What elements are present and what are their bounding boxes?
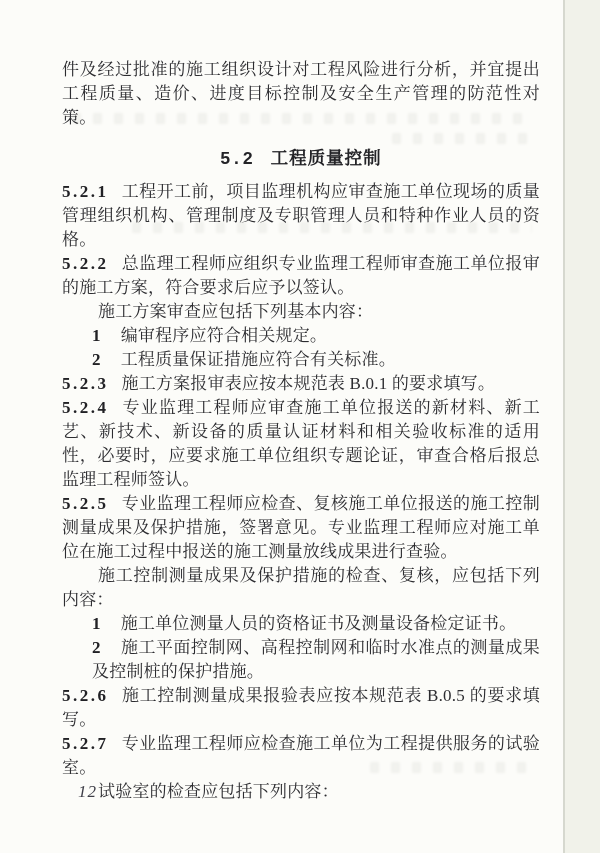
clause-number: 5.2.3 <box>62 374 109 393</box>
clause-number: 5.2.7 <box>62 734 109 753</box>
section-title: 工程质量控制 <box>271 148 382 168</box>
clause-number: 5.2.6 <box>62 686 109 705</box>
page-content: 件及经过批准的施工组织设计对工程风险进行分析，并宜提出工程质量、造价、进度目标控… <box>0 0 600 804</box>
clause-5-2-2: 5.2.2总监理工程师应组织专业监理工程师审查施工单位报审的施工方案，符合要求后… <box>62 252 540 300</box>
item-text: 工程质量保证措施应符合有关标准。 <box>121 350 396 369</box>
item-number: 1 <box>92 326 101 345</box>
section-number: 5.2 <box>220 148 256 168</box>
clause-5-2-5-note: 施工控制测量成果及保护措施的检查、复核，应包括下列内容： <box>62 564 540 612</box>
clause-text: 专业监理工程师应检查、复核施工单位报送的施工控制测量成果及保护措施，签署意见。专… <box>62 494 540 561</box>
clause-5-2-1: 5.2.1工程开工前，项目监理机构应审查施工单位现场的质量管理组织机构、管理制度… <box>62 180 540 252</box>
clause-5-2-5: 5.2.5专业监理工程师应检查、复核施工单位报送的施工控制测量成果及保护措施，签… <box>62 492 540 564</box>
clause-text: 施工方案报审表应按本规范表 B.0.1 的要求填写。 <box>122 374 496 393</box>
page-number: 12 <box>78 782 97 802</box>
clause-number: 5.2.4 <box>62 398 109 417</box>
item-number: 1 <box>92 614 101 633</box>
clause-text: 专业监理工程师应审查施工单位报送的新材料、新工艺、新技术、新设备的质量认证材料和… <box>62 398 540 489</box>
clause-number: 5.2.1 <box>62 182 109 201</box>
section-heading: 5.2工程质量控制 <box>62 146 540 170</box>
clause-number: 5.2.2 <box>62 254 109 273</box>
clause-text: 工程开工前，项目监理机构应审查施工单位现场的质量管理组织机构、管理制度及专职管理… <box>62 182 540 249</box>
clause-5-2-6: 5.2.6施工控制测量成果报验表应按本规范表 B.0.5 的要求填写。 <box>62 684 540 732</box>
item-text: 施工单位测量人员的资格证书及测量设备检定证书。 <box>121 614 517 633</box>
clause-5-2-7-note: 试验室的检查应包括下列内容： <box>62 780 540 804</box>
list-item: 2工程质量保证措施应符合有关标准。 <box>62 348 540 372</box>
clause-text: 施工控制测量成果报验表应按本规范表 B.0.5 的要求填写。 <box>62 686 540 729</box>
list-item: 1编审程序应符合相关规定。 <box>62 324 540 348</box>
clause-5-2-4: 5.2.4专业监理工程师应审查施工单位报送的新材料、新工艺、新技术、新设备的质量… <box>62 396 540 492</box>
clause-number: 5.2.5 <box>62 494 109 513</box>
clause-text: 专业监理工程师应检查施工单位为工程提供服务的试验室。 <box>62 734 540 777</box>
continuation-paragraph: 件及经过批准的施工组织设计对工程风险进行分析，并宜提出工程质量、造价、进度目标控… <box>62 58 540 130</box>
list-item: 2施工平面控制网、高程控制网和临时水准点的测量成果及控制桩的保护措施。 <box>62 636 540 684</box>
clause-5-2-7: 5.2.7专业监理工程师应检查施工单位为工程提供服务的试验室。 <box>62 732 540 780</box>
item-number: 2 <box>92 638 101 657</box>
scanned-document-page: 件及经过批准的施工组织设计对工程风险进行分析，并宜提出工程质量、造价、进度目标控… <box>0 0 600 853</box>
item-text: 施工平面控制网、高程控制网和临时水准点的测量成果及控制桩的保护措施。 <box>92 638 540 681</box>
clause-5-2-2-note: 施工方案审查应包括下列基本内容： <box>62 300 540 324</box>
list-item: 1施工单位测量人员的资格证书及测量设备检定证书。 <box>62 612 540 636</box>
clause-text: 总监理工程师应组织专业监理工程师审查施工单位报审的施工方案，符合要求后应予以签认… <box>62 254 540 297</box>
item-text: 编审程序应符合相关规定。 <box>121 326 327 345</box>
item-number: 2 <box>92 350 101 369</box>
clause-5-2-3: 5.2.3施工方案报审表应按本规范表 B.0.1 的要求填写。 <box>62 372 540 396</box>
